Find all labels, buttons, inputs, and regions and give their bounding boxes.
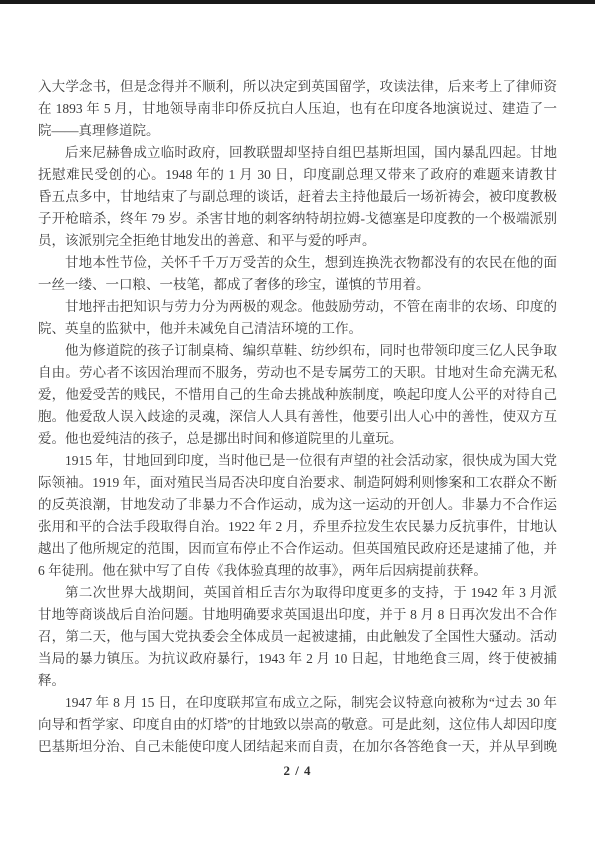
text-line: 一丝一缕、一口粮、一枝笔，都成了奢侈的珍宝，谨慎的节用着。 <box>38 274 557 296</box>
text-line: 6 年徒刑。他在狱中写了自传《我体验真理的故事》，两年后因病提前获释。 <box>38 560 557 582</box>
text-line: 越出了他所规定的范围，因而宣布停止不合作运动。但英国殖民政府还是逮捕了他，并判了 <box>38 538 557 560</box>
page-top-border <box>0 0 595 4</box>
document-body: 入大学念书，但是念得并不顺利，所以决定到英国留学，攻读法律，后来考上了律师资格。… <box>38 76 557 758</box>
text-line: 张用和平的合法手段取得自治。1922 年 2 月，乔里乔拉发生农民暴力反抗事件，… <box>38 516 557 538</box>
text-line: 际领袖。1919 年，面对殖民当局否决印度自治要求、制造阿姆利则惨案和工农群众不… <box>38 472 557 494</box>
text-line: 1915 年，甘地回到印度，当时他已是一位很有声望的社会活动家，很快成为国大党的… <box>38 450 557 472</box>
text-line: 胞。他爱敌人误入歧途的灵魂，深信人人具有善性，他要引出人心中的善性，使双方互信互 <box>38 406 557 428</box>
text-line: 1947 年 8 月 15 日，在印度联邦宣布成立之际，制宪会议特意向被称为“过… <box>38 692 557 714</box>
text-line: 入大学念书，但是念得并不顺利，所以决定到英国留学，攻读法律，后来考上了律师资格。 <box>38 76 557 98</box>
text-line: 向导和哲学家、印度自由的灯塔”的甘地致以崇高的敬意。可是此刻，这位伟人却因印度和 <box>38 714 557 736</box>
text-line: 召，第二天，他与国大党执委会全体成员一起被逮捕，由此触发了全国性大骚动。活动遭到 <box>38 626 557 648</box>
text-line: 员，该派别完全拒绝甘地发出的善意、和平与爱的呼声。 <box>38 230 557 252</box>
text-line: 甘地抨击把知识与劳力分为两极的观念。他鼓励劳动，不管在南非的农场、印度的修道 <box>38 296 557 318</box>
text-line: 他为修道院的孩子订制桌椅、编织草鞋、纺纱织布，同时也带领印度三亿人民争取民族 <box>38 340 557 362</box>
page-number: 2 / 4 <box>0 763 595 779</box>
text-line: 后来尼赫鲁成立临时政府，回教联盟却坚持自组巴基斯坦国，国内暴乱四起。甘地四处 <box>38 142 557 164</box>
text-line: 抚慰难民受创的心。1948 年的 1 月 30 日，印度副总理又带来了政府的难题… <box>38 164 557 186</box>
text-line: 爱。他也爱纯洁的孩子，总是挪出时间和修道院里的儿童玩。 <box>38 428 557 450</box>
text-line: 昏五点多中，甘地结束了与副总理的谈话，赶着去主持他最后一场祈祷会，被印度教极右分 <box>38 186 557 208</box>
text-line: 甘地本性节俭，关怀千千万万受苦的众生，想到连换洗衣物都没有的农民在他的面前， <box>38 252 557 274</box>
text-line: 在 1893 年 5 月，甘地领导南非印侨反抗白人压迫，也有在印度各地演说过、建… <box>38 98 557 120</box>
text-line: 释。 <box>38 670 557 692</box>
text-line: 的反英浪潮，甘地发动了非暴力不合作运动，成为这一运动的开创人。非暴力不合作运动主 <box>38 494 557 516</box>
text-line: 院、英皇的监狱中，他并未减免自己清洁环境的工作。 <box>38 318 557 340</box>
text-line: 子开枪暗杀，终年 79 岁。杀害甘地的刺客纳特胡拉姆-戈德塞是印度教的一个极端派… <box>38 208 557 230</box>
text-line: 爱，他爱受苦的贱民，不惜用自己的生命去挑战种族制度，唤起印度人公平的对待自己的同 <box>38 384 557 406</box>
text-line: 院——真理修道院。 <box>38 120 557 142</box>
text-line: 第二次世界大战期间，英国首相丘吉尔为取得印度更多的支持，于 1942 年 3 月… <box>38 582 557 604</box>
text-line: 甘地等商谈战后自治问题。甘地明确要求英国退出印度，并于 8 月 8 日再次发出不… <box>38 604 557 626</box>
text-line: 当局的暴力镇压。为抗议政府暴行，1943 年 2 月 10 日起，甘地绝食三周，… <box>38 648 557 670</box>
text-line: 自由。劳心者不该因治理而不服务，劳动也不是专属劳工的天职。甘地对生命充满无私的 <box>38 362 557 384</box>
text-line: 巴基斯坦分治、自己未能使印度人团结起来而自责，在加尔各答绝食一天，并从早到晚在手 <box>38 736 557 758</box>
